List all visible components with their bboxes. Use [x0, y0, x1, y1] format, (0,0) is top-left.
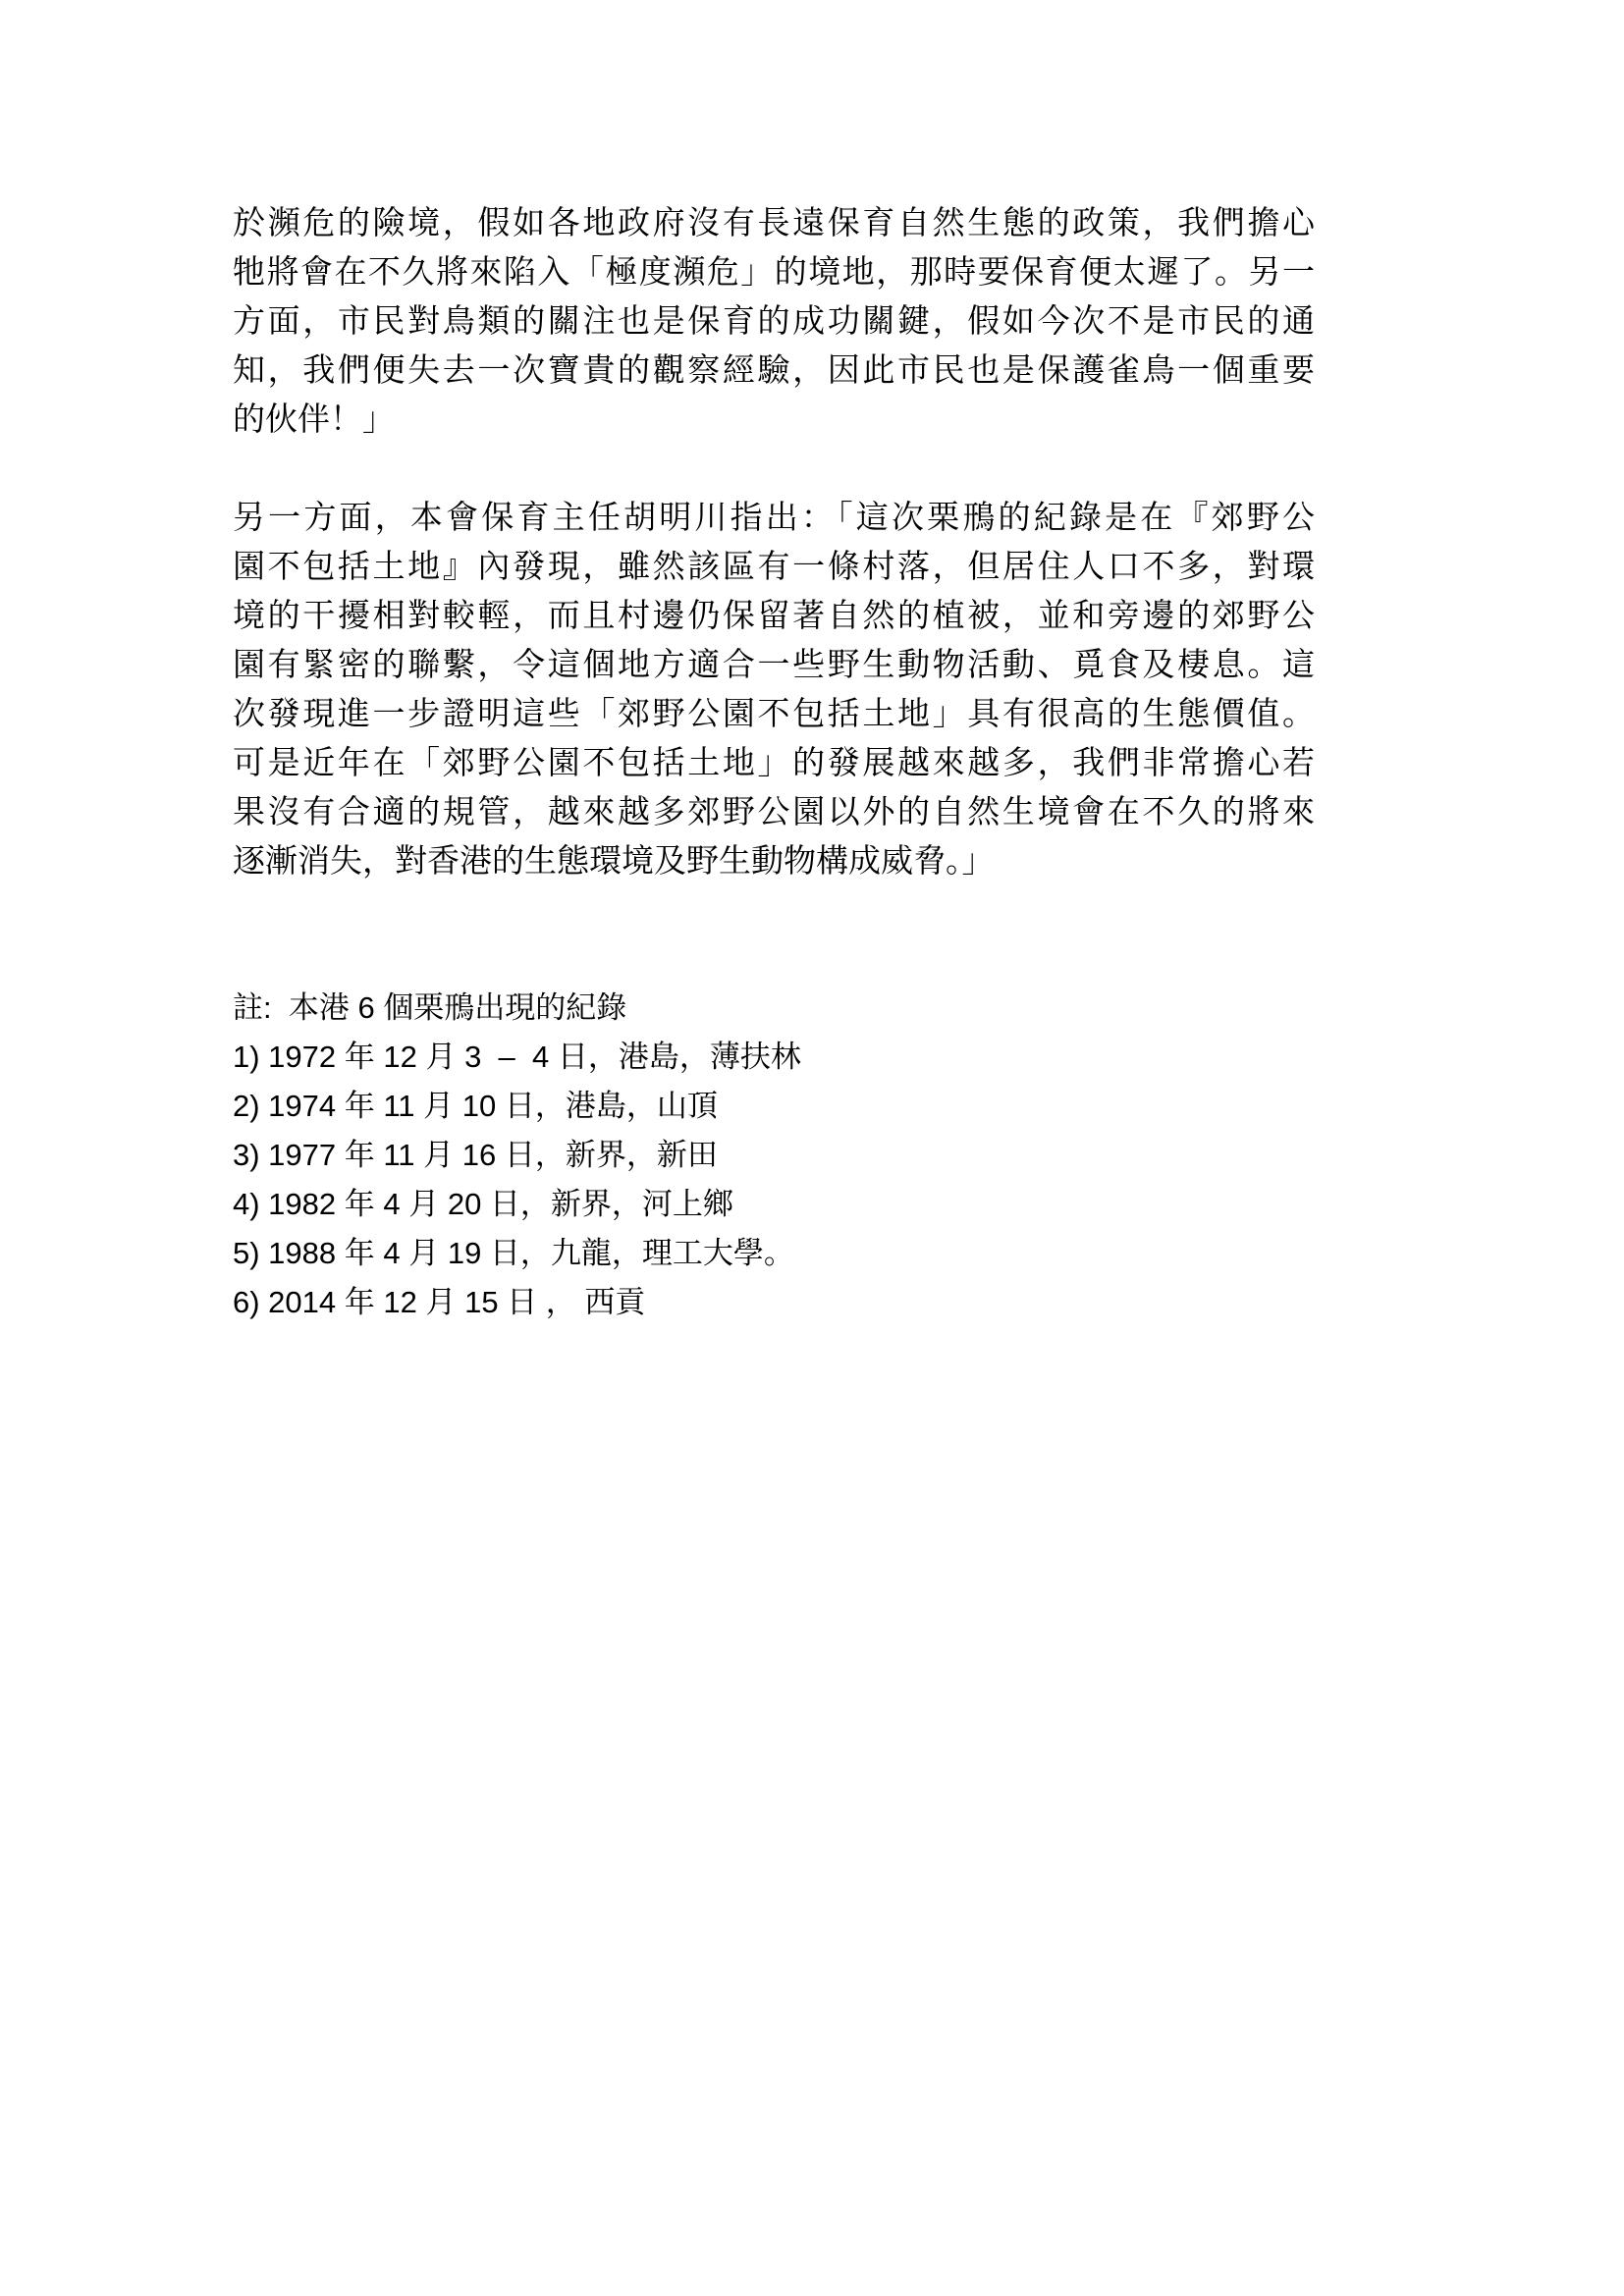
paragraph-line: 另一方面，本會保育主任胡明川指出：「這次栗鳽的紀錄是在『郊野公 [233, 493, 1315, 542]
paragraph-line: 果沒有合適的規管，越來越多郊野公園以外的自然生境會在不久的將來 [233, 787, 1315, 836]
paragraph-line: 的伙伴！」 [233, 395, 1315, 444]
record-item: 3) 1977 年 11 月 16 日，新界，新田 [233, 1131, 801, 1180]
paragraph-line: 知，我們便失去一次寶貴的觀察經驗，因此市民也是保護雀鳥一個重要 [233, 346, 1315, 395]
paragraph-line: 園有緊密的聯繫，令這個地方適合一些野生動物活動、覓食及棲息。這 [233, 640, 1315, 689]
records-notes-list: 註: 本港 6 個栗鳽出現的紀錄 1) 1972 年 12 月 3 – 4 日，… [233, 984, 801, 1327]
notes-heading: 註: 本港 6 個栗鳽出現的紀錄 [233, 984, 801, 1033]
paragraph-line: 方面，市民對鳥類的關注也是保育的成功關鍵，假如今次不是市民的通 [233, 296, 1315, 346]
record-item: 5) 1988 年 4 月 19 日，九龍，理工大學。 [233, 1229, 801, 1278]
paragraph-line: 牠將會在不久將來陷入「極度瀕危」的境地，那時要保育便太遲了。另一 [233, 247, 1315, 296]
paragraph-officer-statement: 另一方面，本會保育主任胡明川指出：「這次栗鳽的紀錄是在『郊野公 園不包括土地』內… [233, 493, 1315, 885]
record-item: 4) 1982 年 4 月 20 日，新界，河上鄉 [233, 1180, 801, 1229]
paragraph-line: 於瀕危的險境，假如各地政府沒有長遠保育自然生態的政策，我們擔心 [233, 198, 1315, 247]
record-item: 6) 2014 年 12 月 15 日 ， 西貢 [233, 1278, 801, 1327]
document-page: 於瀕危的險境，假如各地政府沒有長遠保育自然生態的政策，我們擔心 牠將會在不久將來… [0, 0, 1624, 2296]
paragraph-line: 次發現進一步證明這些「郊野公園不包括土地」具有很高的生態價值。 [233, 689, 1315, 738]
paragraph-line: 可是近年在「郊野公園不包括土地」的發展越來越多，我們非常擔心若 [233, 738, 1315, 787]
record-item: 2) 1974 年 11 月 10 日，港島，山頂 [233, 1082, 801, 1131]
paragraph-conservation-concern: 於瀕危的險境，假如各地政府沒有長遠保育自然生態的政策，我們擔心 牠將會在不久將來… [233, 198, 1315, 444]
paragraph-line: 境的干擾相對較輕，而且村邊仍保留著自然的植被，並和旁邊的郊野公 [233, 591, 1315, 640]
paragraph-line: 園不包括土地』內發現，雖然該區有一條村落，但居住人口不多，對環 [233, 542, 1315, 591]
record-item: 1) 1972 年 12 月 3 – 4 日，港島，薄扶林 [233, 1033, 801, 1082]
paragraph-line: 逐漸消失，對香港的生態環境及野生動物構成威脅。」 [233, 836, 1315, 885]
